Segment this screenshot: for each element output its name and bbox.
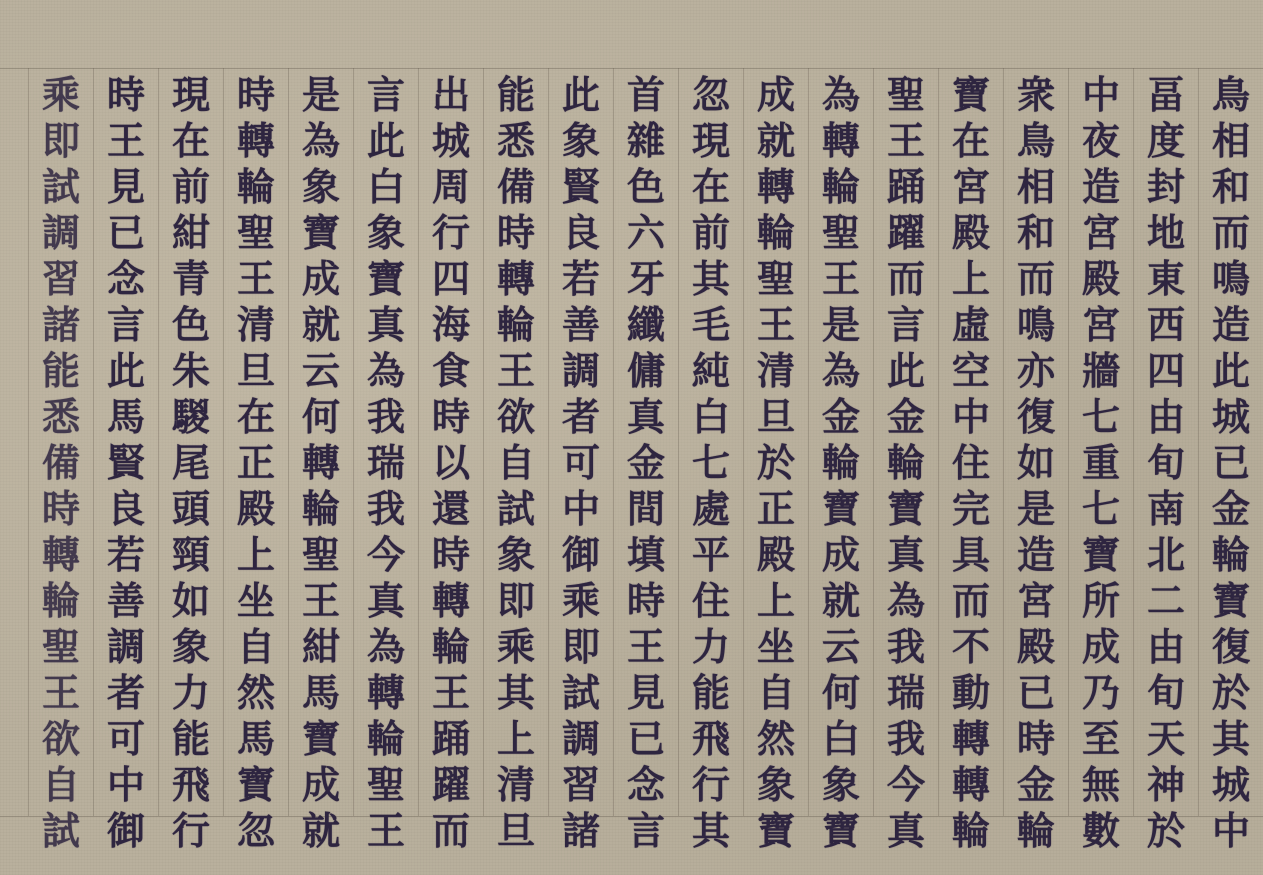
character: 轉 [822, 118, 860, 164]
character: 為 [822, 348, 860, 394]
character: 此 [562, 72, 600, 118]
character: 瑞 [887, 670, 925, 716]
character: 住 [952, 440, 990, 486]
character: 王 [42, 670, 80, 716]
character: 時 [432, 394, 470, 440]
character: 毛 [692, 302, 730, 348]
character: 就 [822, 578, 860, 624]
text-column: 出城周行四海食時以還時轉輪王踊躍而 [418, 68, 483, 816]
character: 象 [172, 624, 210, 670]
character: 聖 [237, 210, 275, 256]
character: 復 [1212, 624, 1250, 670]
character: 時 [237, 72, 275, 118]
character: 城 [432, 118, 470, 164]
character: 轉 [367, 670, 405, 716]
character: 中 [1212, 808, 1250, 854]
character: 中 [952, 394, 990, 440]
character: 寶 [302, 716, 340, 762]
character: 乘 [42, 72, 80, 118]
character: 輪 [367, 716, 405, 762]
character: 何 [822, 670, 860, 716]
character: 象 [757, 762, 795, 808]
character: 王 [627, 624, 665, 670]
character: 其 [692, 256, 730, 302]
character: 躍 [432, 762, 470, 808]
text-column: 是為象寶成就云何轉輪聖王紺馬寶成就 [288, 68, 353, 816]
character: 悉 [497, 118, 535, 164]
character: 調 [107, 624, 145, 670]
character: 城 [1212, 394, 1250, 440]
character: 轉 [952, 762, 990, 808]
text-column: 中夜造宮殿宮牆七重七寶所成乃至無數 [1068, 68, 1133, 816]
character: 若 [562, 256, 600, 302]
character: 善 [562, 302, 600, 348]
character: 纖 [627, 302, 665, 348]
character: 見 [107, 164, 145, 210]
character: 鳥 [1212, 72, 1250, 118]
character: 王 [822, 256, 860, 302]
character: 由 [1147, 394, 1185, 440]
character: 聖 [822, 210, 860, 256]
character: 成 [302, 256, 340, 302]
character: 見 [627, 670, 665, 716]
character: 王 [367, 808, 405, 854]
character: 即 [497, 578, 535, 624]
character: 輪 [1212, 532, 1250, 578]
character: 旬 [1147, 440, 1185, 486]
character: 色 [627, 164, 665, 210]
character: 聖 [302, 532, 340, 578]
character: 以 [432, 440, 470, 486]
character: 此 [1212, 348, 1250, 394]
character: 寶 [757, 808, 795, 854]
character: 首 [627, 72, 665, 118]
character: 云 [822, 624, 860, 670]
character: 良 [107, 486, 145, 532]
sutra-scroll: 鳥相和而鳴造此城已金輪寶復於其城中畐度封地東西四由旬南北二由旬天神於中夜造宮殿宮… [0, 0, 1263, 875]
character: 我 [887, 716, 925, 762]
character: 聖 [42, 624, 80, 670]
character: 乃 [1082, 670, 1120, 716]
character: 坐 [757, 624, 795, 670]
character: 坐 [237, 578, 275, 624]
character: 填 [627, 532, 665, 578]
character: 宮 [1082, 302, 1120, 348]
character: 馬 [107, 394, 145, 440]
character: 行 [692, 762, 730, 808]
character: 於 [757, 440, 795, 486]
character: 何 [302, 394, 340, 440]
character: 正 [757, 486, 795, 532]
character: 良 [562, 210, 600, 256]
character: 殿 [237, 486, 275, 532]
character: 青 [172, 256, 210, 302]
character: 賢 [107, 440, 145, 486]
character: 輪 [497, 302, 535, 348]
character: 此 [107, 348, 145, 394]
text-columns: 鳥相和而鳴造此城已金輪寶復於其城中畐度封地東西四由旬南北二由旬天神於中夜造宮殿宮… [28, 68, 1263, 816]
character: 時 [107, 72, 145, 118]
character: 輪 [1017, 808, 1055, 854]
character: 清 [757, 348, 795, 394]
character: 輪 [822, 440, 860, 486]
character: 清 [497, 762, 535, 808]
character: 轉 [757, 164, 795, 210]
character: 上 [237, 532, 275, 578]
character: 調 [562, 716, 600, 762]
character: 造 [1212, 302, 1250, 348]
character: 上 [757, 578, 795, 624]
character: 尾 [172, 440, 210, 486]
character: 中 [562, 486, 600, 532]
character: 時 [432, 532, 470, 578]
character: 於 [1212, 670, 1250, 716]
character: 時 [627, 578, 665, 624]
character: 殿 [1082, 256, 1120, 302]
character: 者 [562, 394, 600, 440]
character: 言 [627, 808, 665, 854]
character: 御 [107, 808, 145, 854]
character: 轉 [952, 716, 990, 762]
character: 前 [172, 164, 210, 210]
character: 七 [1082, 394, 1120, 440]
character: 寶 [822, 486, 860, 532]
character: 金 [887, 394, 925, 440]
character: 殿 [757, 532, 795, 578]
text-column: 首雜色六牙纖傭真金間填時王見已念言 [613, 68, 678, 816]
character: 而 [1212, 210, 1250, 256]
character: 王 [302, 578, 340, 624]
character: 清 [237, 302, 275, 348]
character: 然 [757, 716, 795, 762]
character: 已 [627, 716, 665, 762]
character: 現 [692, 118, 730, 164]
character: 者 [107, 670, 145, 716]
character: 而 [952, 578, 990, 624]
character: 能 [172, 716, 210, 762]
character: 悉 [42, 394, 80, 440]
character: 調 [562, 348, 600, 394]
character: 飛 [172, 762, 210, 808]
text-column: 寶在宮殿上虛空中住完具而不動轉轉輪 [938, 68, 1003, 816]
character: 象 [302, 164, 340, 210]
character: 備 [497, 164, 535, 210]
character: 備 [42, 440, 80, 486]
character: 時 [1017, 716, 1055, 762]
character: 神 [1147, 762, 1185, 808]
character: 寶 [367, 256, 405, 302]
character: 時 [42, 486, 80, 532]
character: 動 [952, 670, 990, 716]
character: 就 [757, 118, 795, 164]
character: 試 [42, 164, 80, 210]
character: 四 [432, 256, 470, 302]
text-column: 畐度封地東西四由旬南北二由旬天神於 [1133, 68, 1198, 816]
character: 御 [562, 532, 600, 578]
character: 金 [627, 440, 665, 486]
character: 畐 [1147, 72, 1185, 118]
text-column: 此象賢良若善調者可中御乘即試調習諸 [548, 68, 613, 816]
character: 成 [757, 72, 795, 118]
character: 宮 [952, 164, 990, 210]
character: 在 [692, 164, 730, 210]
character: 飛 [692, 716, 730, 762]
character: 朱 [172, 348, 210, 394]
text-column: 忽現在前其毛純白七處平住力能飛行其 [678, 68, 743, 816]
character: 鳥 [1017, 118, 1055, 164]
character: 此 [367, 118, 405, 164]
character: 輪 [952, 808, 990, 854]
character: 真 [367, 578, 405, 624]
character: 旦 [237, 348, 275, 394]
character: 白 [692, 394, 730, 440]
character: 王 [237, 256, 275, 302]
character: 殿 [952, 210, 990, 256]
character: 六 [627, 210, 665, 256]
character: 旦 [757, 394, 795, 440]
character: 其 [497, 670, 535, 716]
character: 聖 [367, 762, 405, 808]
character: 此 [887, 348, 925, 394]
character: 言 [367, 72, 405, 118]
character: 周 [432, 164, 470, 210]
character: 成 [302, 762, 340, 808]
character: 今 [887, 762, 925, 808]
character: 王 [432, 670, 470, 716]
character: 言 [887, 302, 925, 348]
character: 即 [562, 624, 600, 670]
character: 中 [107, 762, 145, 808]
character: 轉 [237, 118, 275, 164]
character: 即 [42, 118, 80, 164]
character: 其 [692, 808, 730, 854]
character: 欲 [42, 716, 80, 762]
character: 象 [367, 210, 405, 256]
character: 聖 [757, 256, 795, 302]
character: 就 [302, 302, 340, 348]
character: 忽 [692, 72, 730, 118]
character: 七 [692, 440, 730, 486]
character: 為 [822, 72, 860, 118]
character: 然 [237, 670, 275, 716]
character: 真 [887, 532, 925, 578]
character: 云 [302, 348, 340, 394]
character: 自 [757, 670, 795, 716]
character: 是 [1017, 486, 1055, 532]
character: 是 [822, 302, 860, 348]
character: 就 [302, 808, 340, 854]
character: 度 [1147, 118, 1185, 164]
character: 為 [367, 348, 405, 394]
character: 住 [692, 578, 730, 624]
character: 無 [1082, 762, 1120, 808]
character: 王 [887, 118, 925, 164]
character: 紺 [302, 624, 340, 670]
character: 於 [1147, 808, 1185, 854]
character: 在 [952, 118, 990, 164]
text-column: 乘即試調習諸能悉備時轉輪聖王欲自試 [28, 68, 93, 816]
character: 自 [497, 440, 535, 486]
character: 平 [692, 532, 730, 578]
character: 四 [1147, 348, 1185, 394]
character: 由 [1147, 624, 1185, 670]
character: 旬 [1147, 670, 1185, 716]
character: 試 [562, 670, 600, 716]
character: 前 [692, 210, 730, 256]
character: 宮 [1082, 210, 1120, 256]
character: 聖 [887, 72, 925, 118]
character: 相 [1017, 164, 1055, 210]
character: 旦 [497, 808, 535, 854]
text-column: 言此白象寶真為我瑞我今真為轉輪聖王 [353, 68, 418, 816]
character: 地 [1147, 210, 1185, 256]
character: 為 [302, 118, 340, 164]
character: 成 [1082, 624, 1120, 670]
character: 乘 [497, 624, 535, 670]
character: 復 [1017, 394, 1055, 440]
character: 其 [1212, 716, 1250, 762]
character: 造 [1017, 532, 1055, 578]
character: 城 [1212, 762, 1250, 808]
character: 忽 [237, 808, 275, 854]
character: 中 [1082, 72, 1120, 118]
character: 行 [432, 210, 470, 256]
character: 已 [107, 210, 145, 256]
character: 行 [172, 808, 210, 854]
character: 自 [42, 762, 80, 808]
character: 我 [367, 486, 405, 532]
character: 瑞 [367, 440, 405, 486]
character: 還 [432, 486, 470, 532]
character: 殿 [1017, 624, 1055, 670]
character: 力 [172, 670, 210, 716]
character: 能 [692, 670, 730, 716]
character: 紺 [172, 210, 210, 256]
character: 相 [1212, 118, 1250, 164]
character: 鳴 [1212, 256, 1250, 302]
character: 真 [367, 302, 405, 348]
character: 試 [497, 486, 535, 532]
character: 頸 [172, 532, 210, 578]
character: 西 [1147, 302, 1185, 348]
character: 輪 [887, 440, 925, 486]
character: 騣 [172, 394, 210, 440]
character: 間 [627, 486, 665, 532]
character: 如 [172, 578, 210, 624]
text-column: 鳥相和而鳴造此城已金輪寶復於其城中 [1198, 68, 1263, 816]
character: 善 [107, 578, 145, 624]
character: 具 [952, 532, 990, 578]
character: 象 [562, 118, 600, 164]
character: 言 [107, 302, 145, 348]
character: 已 [1212, 440, 1250, 486]
character: 寶 [1082, 532, 1120, 578]
character: 海 [432, 302, 470, 348]
character: 封 [1147, 164, 1185, 210]
character: 正 [237, 440, 275, 486]
character: 寶 [237, 762, 275, 808]
character: 牙 [627, 256, 665, 302]
character: 上 [952, 256, 990, 302]
character: 白 [822, 716, 860, 762]
character: 出 [432, 72, 470, 118]
character: 為 [887, 578, 925, 624]
character: 真 [887, 808, 925, 854]
character: 純 [692, 348, 730, 394]
character: 轉 [432, 578, 470, 624]
text-column: 為轉輪聖王是為金輪寶成就云何白象寶 [808, 68, 873, 816]
text-column: 能悉備時轉輪王欲自試象即乘其上清旦 [483, 68, 548, 816]
character: 而 [432, 808, 470, 854]
character: 南 [1147, 486, 1185, 532]
character: 調 [42, 210, 80, 256]
character: 躍 [887, 210, 925, 256]
character: 欲 [497, 394, 535, 440]
character: 頭 [172, 486, 210, 532]
character: 現 [172, 72, 210, 118]
character: 乘 [562, 578, 600, 624]
character: 馬 [302, 670, 340, 716]
character: 輪 [822, 164, 860, 210]
character: 賢 [562, 164, 600, 210]
character: 七 [1082, 486, 1120, 532]
character: 我 [367, 394, 405, 440]
character: 輪 [42, 578, 80, 624]
character: 寶 [952, 72, 990, 118]
character: 寶 [1212, 578, 1250, 624]
character: 寶 [302, 210, 340, 256]
character: 數 [1082, 808, 1120, 854]
character: 象 [497, 532, 535, 578]
character: 輪 [302, 486, 340, 532]
character: 上 [497, 716, 535, 762]
character: 諸 [42, 302, 80, 348]
character: 力 [692, 624, 730, 670]
character: 天 [1147, 716, 1185, 762]
character: 王 [107, 118, 145, 164]
text-column: 聖王踊躍而言此金輪寶真為我瑞我今真 [873, 68, 938, 816]
character: 馬 [237, 716, 275, 762]
character: 金 [1212, 486, 1250, 532]
character: 亦 [1017, 348, 1055, 394]
character: 習 [42, 256, 80, 302]
character: 為 [367, 624, 405, 670]
text-column: 衆鳥相和而鳴亦復如是造宮殿已時金輪 [1003, 68, 1068, 816]
text-column: 現在前紺青色朱騣尾頭頸如象力能飛行 [158, 68, 223, 816]
character: 象 [822, 762, 860, 808]
character: 習 [562, 762, 600, 808]
character: 處 [692, 486, 730, 532]
character: 已 [1017, 670, 1055, 716]
character: 輪 [432, 624, 470, 670]
character: 白 [367, 164, 405, 210]
character: 轉 [302, 440, 340, 486]
character: 不 [952, 624, 990, 670]
character: 傭 [627, 348, 665, 394]
character: 造 [1082, 164, 1120, 210]
character: 宮 [1017, 578, 1055, 624]
character: 北 [1147, 532, 1185, 578]
character: 在 [172, 118, 210, 164]
character: 念 [627, 762, 665, 808]
character: 轉 [42, 532, 80, 578]
character: 諸 [562, 808, 600, 854]
character: 自 [237, 624, 275, 670]
text-column: 時轉輪聖王清旦在正殿上坐自然馬寶忽 [223, 68, 288, 816]
character: 而 [1017, 256, 1055, 302]
character: 是 [302, 72, 340, 118]
character: 虛 [952, 302, 990, 348]
